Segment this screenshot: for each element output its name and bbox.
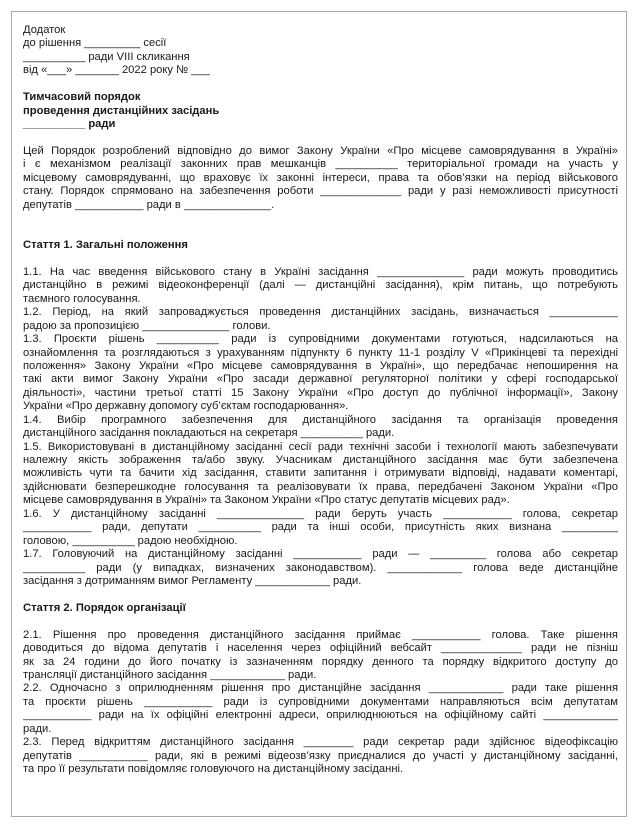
intro-line: стану. Порядок спрямовано на забезпеченн… — [23, 185, 618, 198]
paragraph-line: дистанційно в режимі відеоконференції (д… — [23, 279, 618, 292]
paragraph-line: 1.5. Використовувані в дистанційному зас… — [23, 441, 618, 454]
intro-line: місцевому самоврядуванні, що враховує їх… — [23, 172, 618, 185]
article-2-body: 2.1. Рішення про проведення дистанційног… — [23, 629, 618, 777]
intro-paragraph: Цей Порядок розроблений відповідно до ви… — [23, 145, 618, 212]
paragraph-line: 1.1. На час введення військового стану в… — [23, 266, 618, 279]
paragraph-line: 1.2. Період, на який запроваджується про… — [23, 306, 618, 319]
article-2-heading: Стаття 2. Порядок організації — [23, 602, 618, 615]
header-line: __________ ради VIII скликання — [23, 51, 618, 64]
paragraph-line: можливість чути та бачити хід засідання,… — [23, 467, 618, 480]
paragraph-line: ___________ ради, депутати __________ ра… — [23, 521, 618, 534]
paragraph-line: діяльності», частини третьої статті 15 З… — [23, 387, 618, 400]
title-line: Тимчасовий порядок — [23, 91, 618, 104]
paragraph-line: як за 24 години до його початку із зазна… — [23, 656, 618, 669]
article-1-body: 1.1. На час введення військового стану в… — [23, 266, 618, 589]
paragraph-line: України «Про державну допомогу суб’єктам… — [23, 400, 618, 413]
header-line: до рішення _________ сесії — [23, 37, 618, 50]
paragraph-line: ___________ ради на їх офіційні електрон… — [23, 709, 618, 722]
intro-line: Цей Порядок розроблений відповідно до ви… — [23, 145, 618, 158]
paragraph-line: 2.1. Рішення про проведення дистанційног… — [23, 629, 618, 642]
title-line: __________ ради — [23, 118, 618, 131]
intro-line: депутатів ___________ ради в ___________… — [23, 199, 618, 212]
paragraph-line: радою за пропозицією ______________ голо… — [23, 320, 618, 333]
paragraph-line: таємного голосування. — [23, 293, 618, 306]
title-line: проведення дистанційних засідань — [23, 105, 618, 118]
document-content: Додаток до рішення _________ сесії _____… — [23, 24, 618, 777]
paragraph-line: 1.4. Вибір програмного забезпечення для … — [23, 414, 618, 427]
paragraph-line: трансляції дистанційного засідання _____… — [23, 669, 618, 682]
paragraph-line: 1.7. Головуючий на дистанційному засідан… — [23, 548, 618, 561]
paragraph-line: засідання з дотриманням вимог Регламенту… — [23, 575, 618, 588]
paragraph-line: та проєкти рішень ___________ ради із су… — [23, 696, 618, 709]
article-1-heading: Стаття 1. Загальні положення — [23, 239, 618, 252]
intro-line: і є механізмом реалізації законних прав … — [23, 158, 618, 171]
paragraph-line: депутатів ___________ ради, які в режимі… — [23, 750, 618, 763]
paragraph-line: ознайомлення та розглядаються з урахуван… — [23, 347, 618, 360]
paragraph-line: __________ ради (у випадках, визначених … — [23, 562, 618, 575]
paragraph-line: дистанційного засідання покладаються на … — [23, 427, 618, 440]
header-line: Додаток — [23, 24, 618, 37]
paragraph-line: такі акти вимог Закону України «Про заса… — [23, 373, 618, 386]
paragraph-line: 1.3. Проєкти рішень __________ ради із с… — [23, 333, 618, 346]
paragraph-line: належну якість зображення та/або звуку. … — [23, 454, 618, 467]
paragraph-line: здійснювати безперешкодне голосування та… — [23, 481, 618, 494]
paragraph-line: 1.6. У дистанційному засіданні _________… — [23, 508, 618, 521]
paragraph-line: головою, __________ радою необхідною. — [23, 535, 618, 548]
paragraph-line: 2.2. Одночасно з оприлюдненням рішення п… — [23, 682, 618, 695]
paragraph-line: 2.3. Перед відкриттям дистанційного засі… — [23, 736, 618, 749]
header-line: від «___» _______ 2022 року № ___ — [23, 64, 618, 77]
document-title: Тимчасовий порядок проведення дистанційн… — [23, 91, 618, 131]
paragraph-line: положення» Закону України «Про місцеве с… — [23, 360, 618, 373]
document-page: Додаток до рішення _________ сесії _____… — [11, 11, 627, 817]
appendix-header: Додаток до рішення _________ сесії _____… — [23, 24, 618, 78]
paragraph-line: місцеве самоврядування в Україні» та Зак… — [23, 494, 618, 507]
paragraph-line: та про її результати повідомляє головуюч… — [23, 763, 618, 776]
paragraph-line: доводиться до відома депутатів і населен… — [23, 642, 618, 655]
paragraph-line: ради. — [23, 723, 618, 736]
